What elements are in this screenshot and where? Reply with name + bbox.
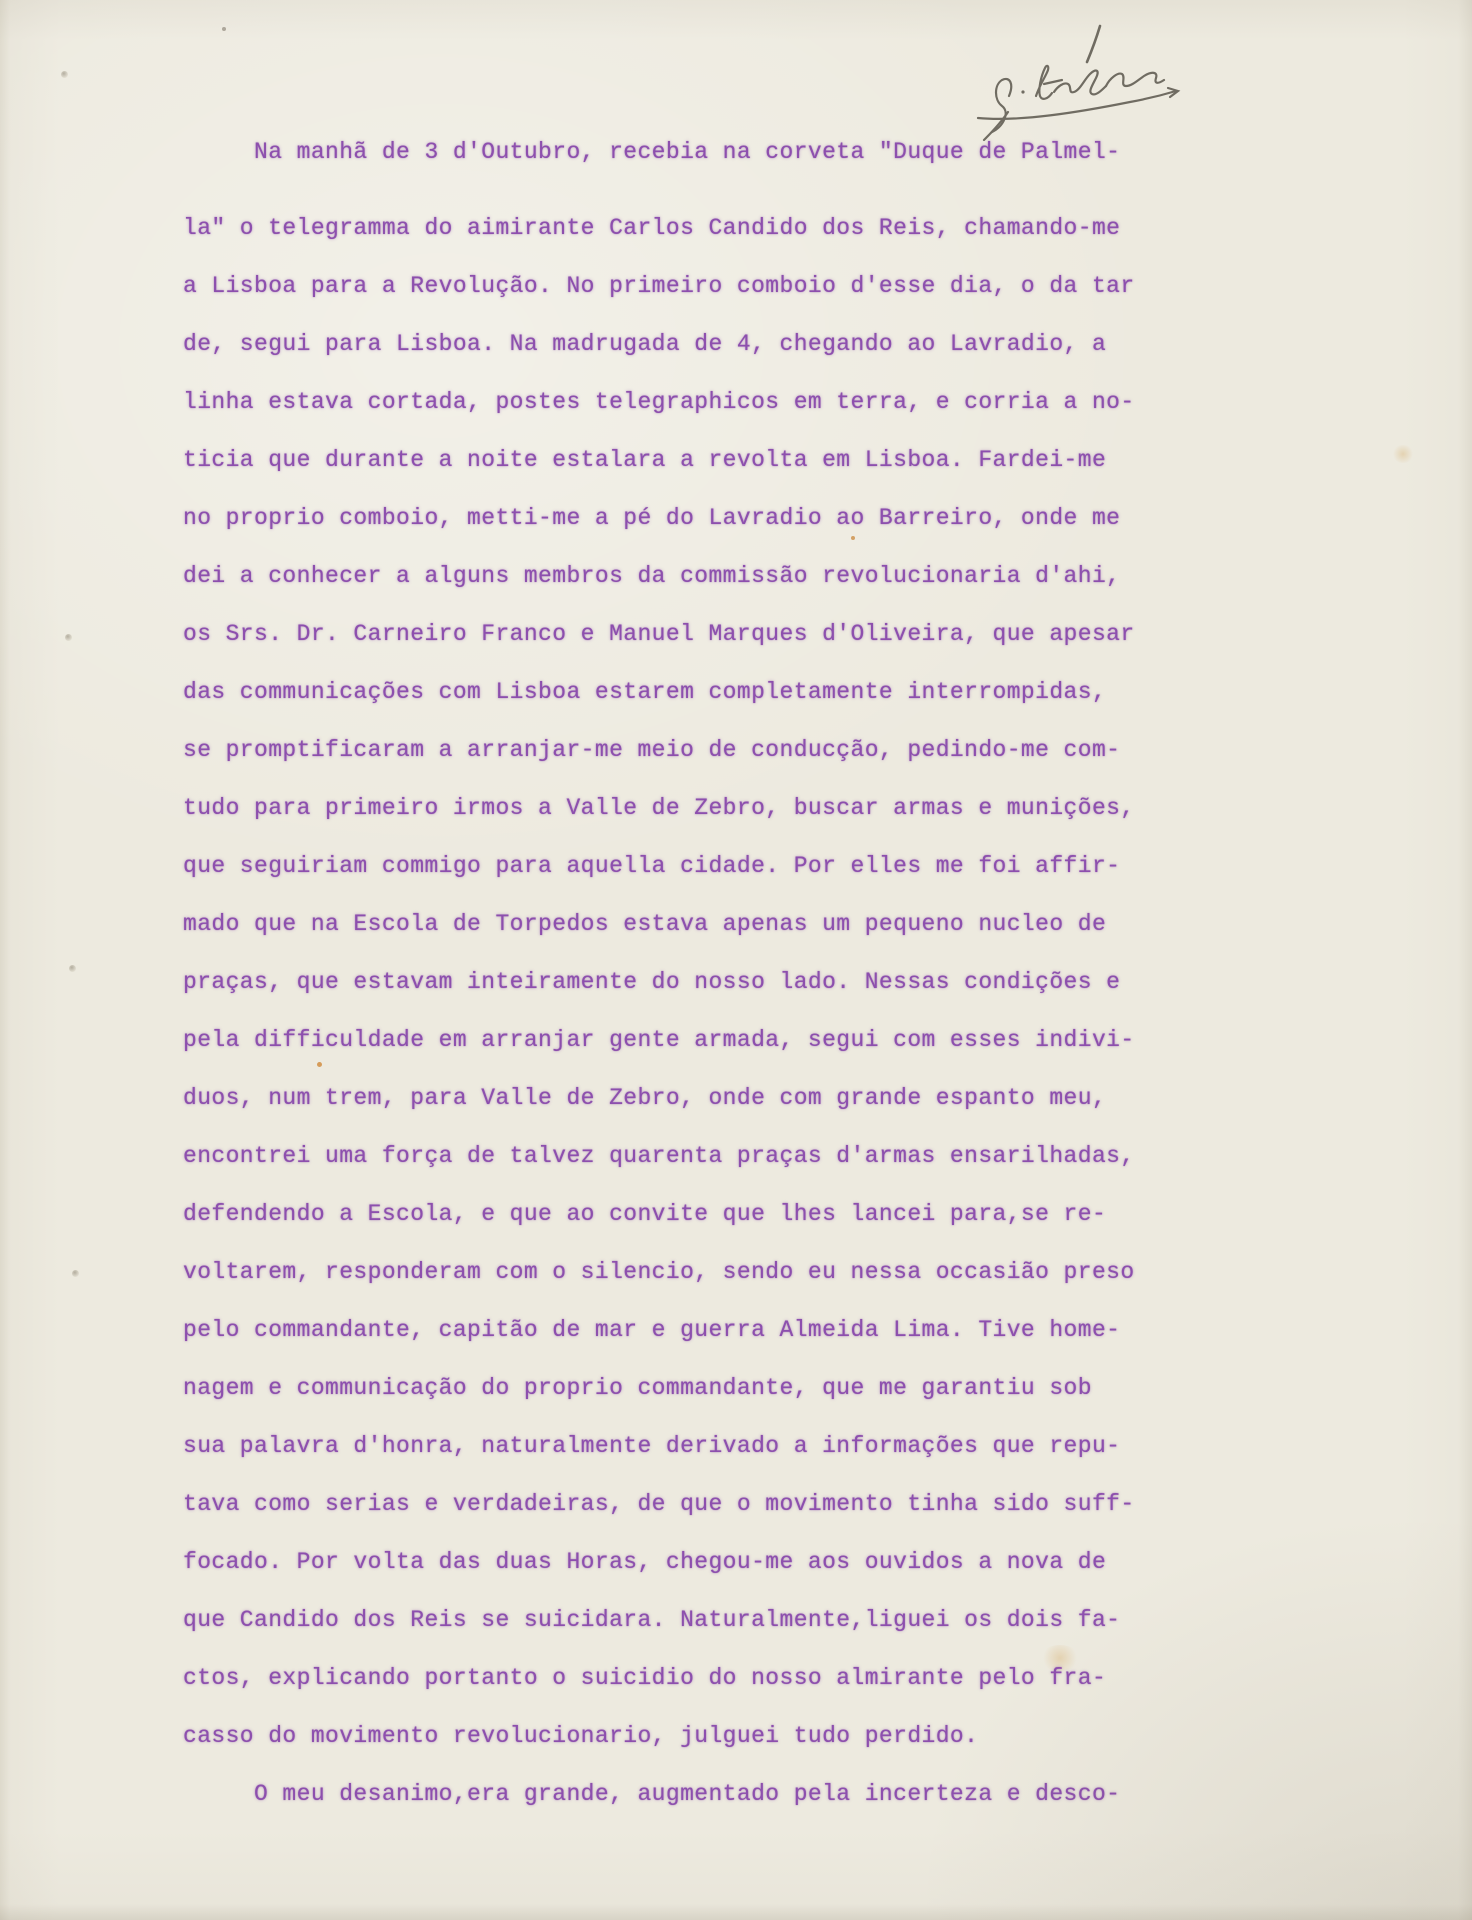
binder-hole — [61, 71, 68, 78]
text-line: encontrei uma força de talvez quarenta p… — [183, 1144, 1173, 1168]
text-line: a Lisboa para a Revolução. No primeiro c… — [183, 274, 1173, 298]
text-line: voltarem, responderam com o silencio, se… — [183, 1260, 1173, 1284]
paper-speck — [222, 27, 226, 31]
text-line: nagem e communicação do proprio commanda… — [183, 1376, 1173, 1400]
page-number — [1087, 26, 1100, 62]
text-line: linha estava cortada, postes telegraphic… — [183, 390, 1173, 414]
text-line: casso do movimento revolucionario, julgu… — [183, 1724, 1173, 1748]
binder-hole — [69, 965, 76, 972]
document-body: Na manhã de 3 d'Outubro, recebia na corv… — [183, 140, 1173, 1840]
text-line: se promptificaram a arranjar-me meio de … — [183, 738, 1173, 762]
text-line: focado. Por volta das duas Horas, chegou… — [183, 1550, 1173, 1574]
text-line: la" o telegramma do aimirante Carlos Can… — [183, 216, 1173, 240]
text-line: de, segui para Lisboa. Na madrugada de 4… — [183, 332, 1173, 356]
binder-hole — [65, 634, 72, 641]
paper-stain — [1392, 445, 1414, 463]
text-line: no proprio comboio, metti-me a pé do Lav… — [183, 506, 1173, 530]
text-line: Na manhã de 3 d'Outubro, recebia na corv… — [183, 140, 1173, 164]
text-line: defendendo a Escola, e que ao convite qu… — [183, 1202, 1173, 1226]
text-line: das communicações com Lisboa estarem com… — [183, 680, 1173, 704]
text-line: praças, que estavam inteiramente do noss… — [183, 970, 1173, 994]
text-line: que Candido dos Reis se suicidara. Natur… — [183, 1608, 1173, 1632]
typewritten-letter-page: Na manhã de 3 d'Outubro, recebia na corv… — [0, 0, 1472, 1920]
text-line: O meu desanimo,era grande, augmentado pe… — [183, 1782, 1173, 1806]
text-line: tudo para primeiro irmos a Valle de Zebr… — [183, 796, 1173, 820]
signature-icon — [978, 66, 1178, 140]
text-line: mado que na Escola de Torpedos estava ap… — [183, 912, 1173, 936]
text-line: pelo commandante, capitão de mar e guerr… — [183, 1318, 1173, 1342]
text-line: que seguiriam commigo para aquella cidad… — [183, 854, 1173, 878]
text-line: sua palavra d'honra, naturalmente deriva… — [183, 1434, 1173, 1458]
text-line: ctos, explicando portanto o suicidio do … — [183, 1666, 1173, 1690]
text-line: duos, num trem, para Valle de Zebro, ond… — [183, 1086, 1173, 1110]
text-line: pela difficuldade em arranjar gente arma… — [183, 1028, 1173, 1052]
text-line: os Srs. Dr. Carneiro Franco e Manuel Mar… — [183, 622, 1173, 646]
text-line: dei a conhecer a alguns membros da commi… — [183, 564, 1173, 588]
text-line: tava como serias e verdadeiras, de que o… — [183, 1492, 1173, 1516]
binder-hole — [72, 1270, 79, 1277]
text-line: ticia que durante a noite estalara a rev… — [183, 448, 1173, 472]
